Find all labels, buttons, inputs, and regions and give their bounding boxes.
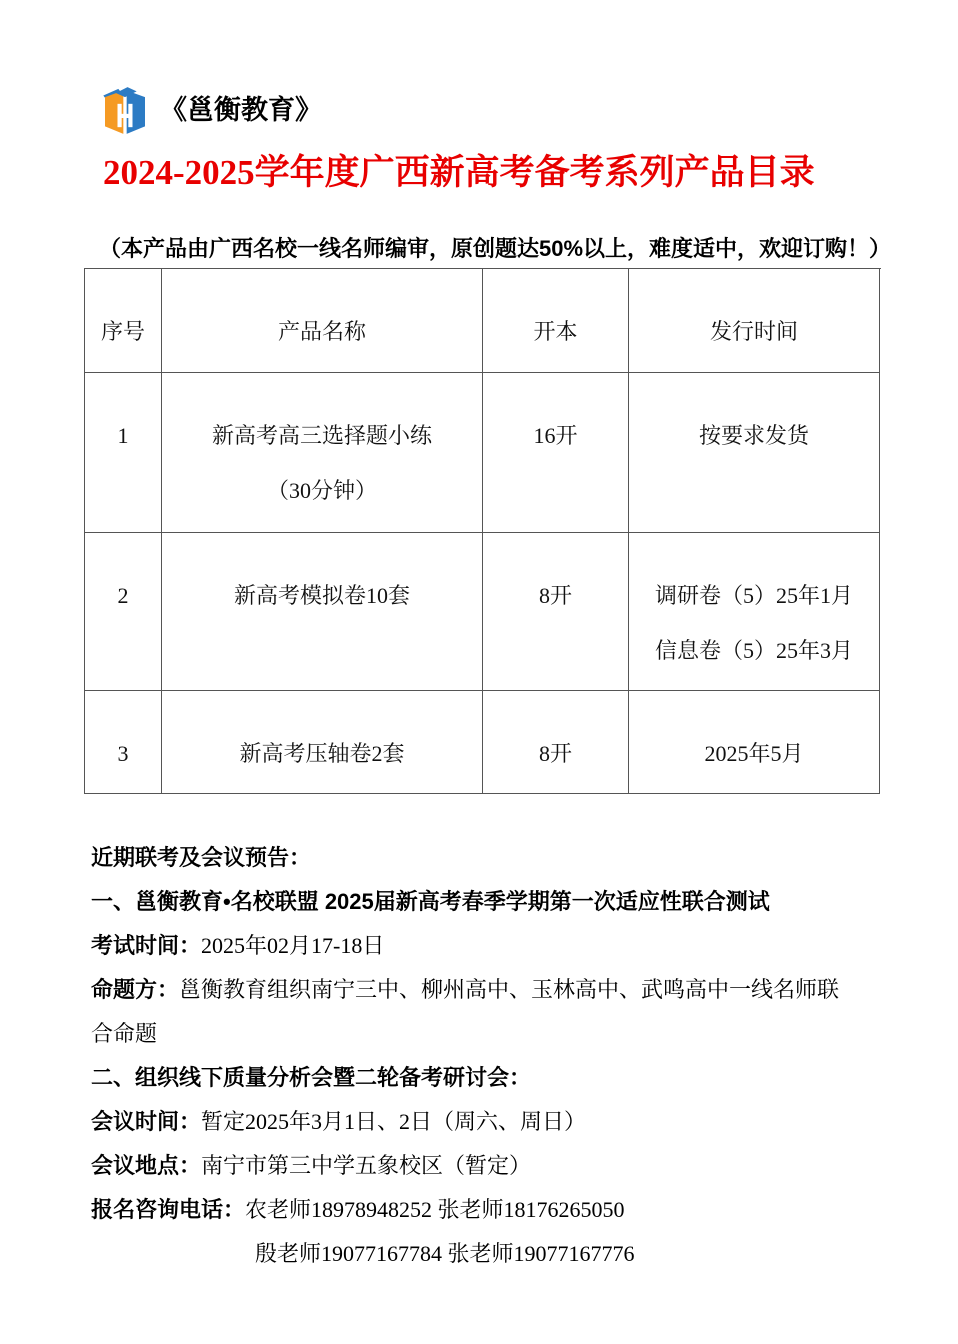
table-cell-serial: 1: [85, 373, 162, 533]
page-subtitle: （本产品由广西名校一线名师编审，原创题达50%以上，难度适中，欢迎订购！）: [99, 234, 899, 264]
notice-section: 近期联考及会议预告： 一、邕衡教育•名校联盟 2025届新高考春季学期第一次适应…: [91, 836, 901, 1276]
table-cell-name: 新高考压轴卷2套: [162, 691, 483, 794]
proposer-label: 命题方：: [91, 977, 179, 1002]
exam-time-line: 考试时间：2025年02月17-18日: [91, 924, 901, 968]
table-cell-serial: 3: [85, 691, 162, 794]
table-header-cell-format: 开本: [483, 269, 629, 373]
page-root: { "colors": { "logo_orange": "#F59A23", …: [0, 0, 958, 1344]
meeting-place-label: 会议地点：: [91, 1153, 201, 1178]
table-header-cell-serial: 序号: [85, 269, 162, 373]
proposer-value: 邕衡教育组织南宁三中、柳州高中、玉林高中、武鸣高中一线名师联: [179, 977, 839, 1002]
table-header-cell-time: 发行时间: [629, 269, 880, 373]
phone-line-1: 报名咨询电话：农老师18978948252 张老师18176265050: [91, 1188, 901, 1232]
notice-heading: 近期联考及会议预告：: [91, 836, 901, 880]
table-row: 1 新高考高三选择题小练 （30分钟） 16开 按要求发货: [85, 373, 881, 533]
product-table: 序号 产品名称 开本 发行时间 1 新高考高三选择题小练 （30分钟） 16开 …: [84, 268, 881, 794]
table-cell-time: 2025年5月: [629, 691, 880, 794]
table-cell-name: 新高考模拟卷10套: [162, 533, 483, 691]
table-cell-format: 16开: [483, 373, 629, 533]
brand-logo: [100, 84, 150, 142]
phone-label: 报名咨询电话：: [91, 1197, 245, 1222]
meeting-time-line: 会议时间：暂定2025年3月1日、2日（周六、周日）: [91, 1100, 901, 1144]
brand-name: 《邕衡教育》: [160, 95, 322, 125]
notice-item-1-title: 一、邕衡教育•名校联盟 2025届新高考春季学期第一次适应性联合测试: [91, 880, 901, 924]
meeting-time-label: 会议时间：: [91, 1109, 201, 1134]
exam-time-label: 考试时间：: [91, 933, 201, 958]
table-cell-serial: 2: [85, 533, 162, 691]
meeting-place-line: 会议地点：南宁市第三中学五象校区（暂定）: [91, 1144, 901, 1188]
table-header-row: 序号 产品名称 开本 发行时间: [85, 269, 881, 373]
product-name-line: 新高考压轴卷2套: [239, 726, 404, 781]
table-cell-time: 调研卷（5）25年1月 信息卷（5）25年3月: [629, 533, 880, 691]
table-header-cell-name: 产品名称: [162, 269, 483, 373]
table-cell-time: 按要求发货: [629, 373, 880, 533]
release-time-line: 信息卷（5）25年3月: [655, 623, 853, 678]
table-row: 3 新高考压轴卷2套 8开 2025年5月: [85, 691, 881, 794]
proposer-line: 命题方：邕衡教育组织南宁三中、柳州高中、玉林高中、武鸣高中一线名师联: [91, 968, 901, 1012]
phone-line-2: 殷老师19077167784 张老师19077167776: [91, 1232, 901, 1276]
release-time-line: 调研卷（5）25年1月: [655, 568, 853, 623]
table-row: 2 新高考模拟卷10套 8开 调研卷（5）25年1月 信息卷（5）25年3月: [85, 533, 881, 691]
exam-time-value: 2025年02月17-18日: [201, 933, 384, 958]
release-time-line: 2025年5月: [704, 726, 803, 781]
phone-values-1: 农老师18978948252 张老师18176265050: [245, 1197, 625, 1222]
product-name-line: 新高考高三选择题小练: [212, 408, 432, 463]
product-name-line: （30分钟）: [267, 463, 377, 518]
product-name-line: 新高考模拟卷10套: [234, 568, 410, 623]
page-title: 2024-2025学年度广西新高考备考系列产品目录: [103, 150, 863, 196]
logo-h-crossbar: [118, 114, 133, 118]
notice-item-2-title: 二、组织线下质量分析会暨二轮备考研讨会：: [91, 1056, 901, 1100]
table-cell-format: 8开: [483, 533, 629, 691]
proposer-line-continued: 合命题: [91, 1012, 901, 1056]
table-cell-name: 新高考高三选择题小练 （30分钟）: [162, 373, 483, 533]
table-cell-format: 8开: [483, 691, 629, 794]
meeting-time-value: 暂定2025年3月1日、2日（周六、周日）: [201, 1109, 586, 1134]
release-time-line: 按要求发货: [699, 408, 809, 463]
meeting-place-value: 南宁市第三中学五象校区（暂定）: [201, 1153, 531, 1178]
